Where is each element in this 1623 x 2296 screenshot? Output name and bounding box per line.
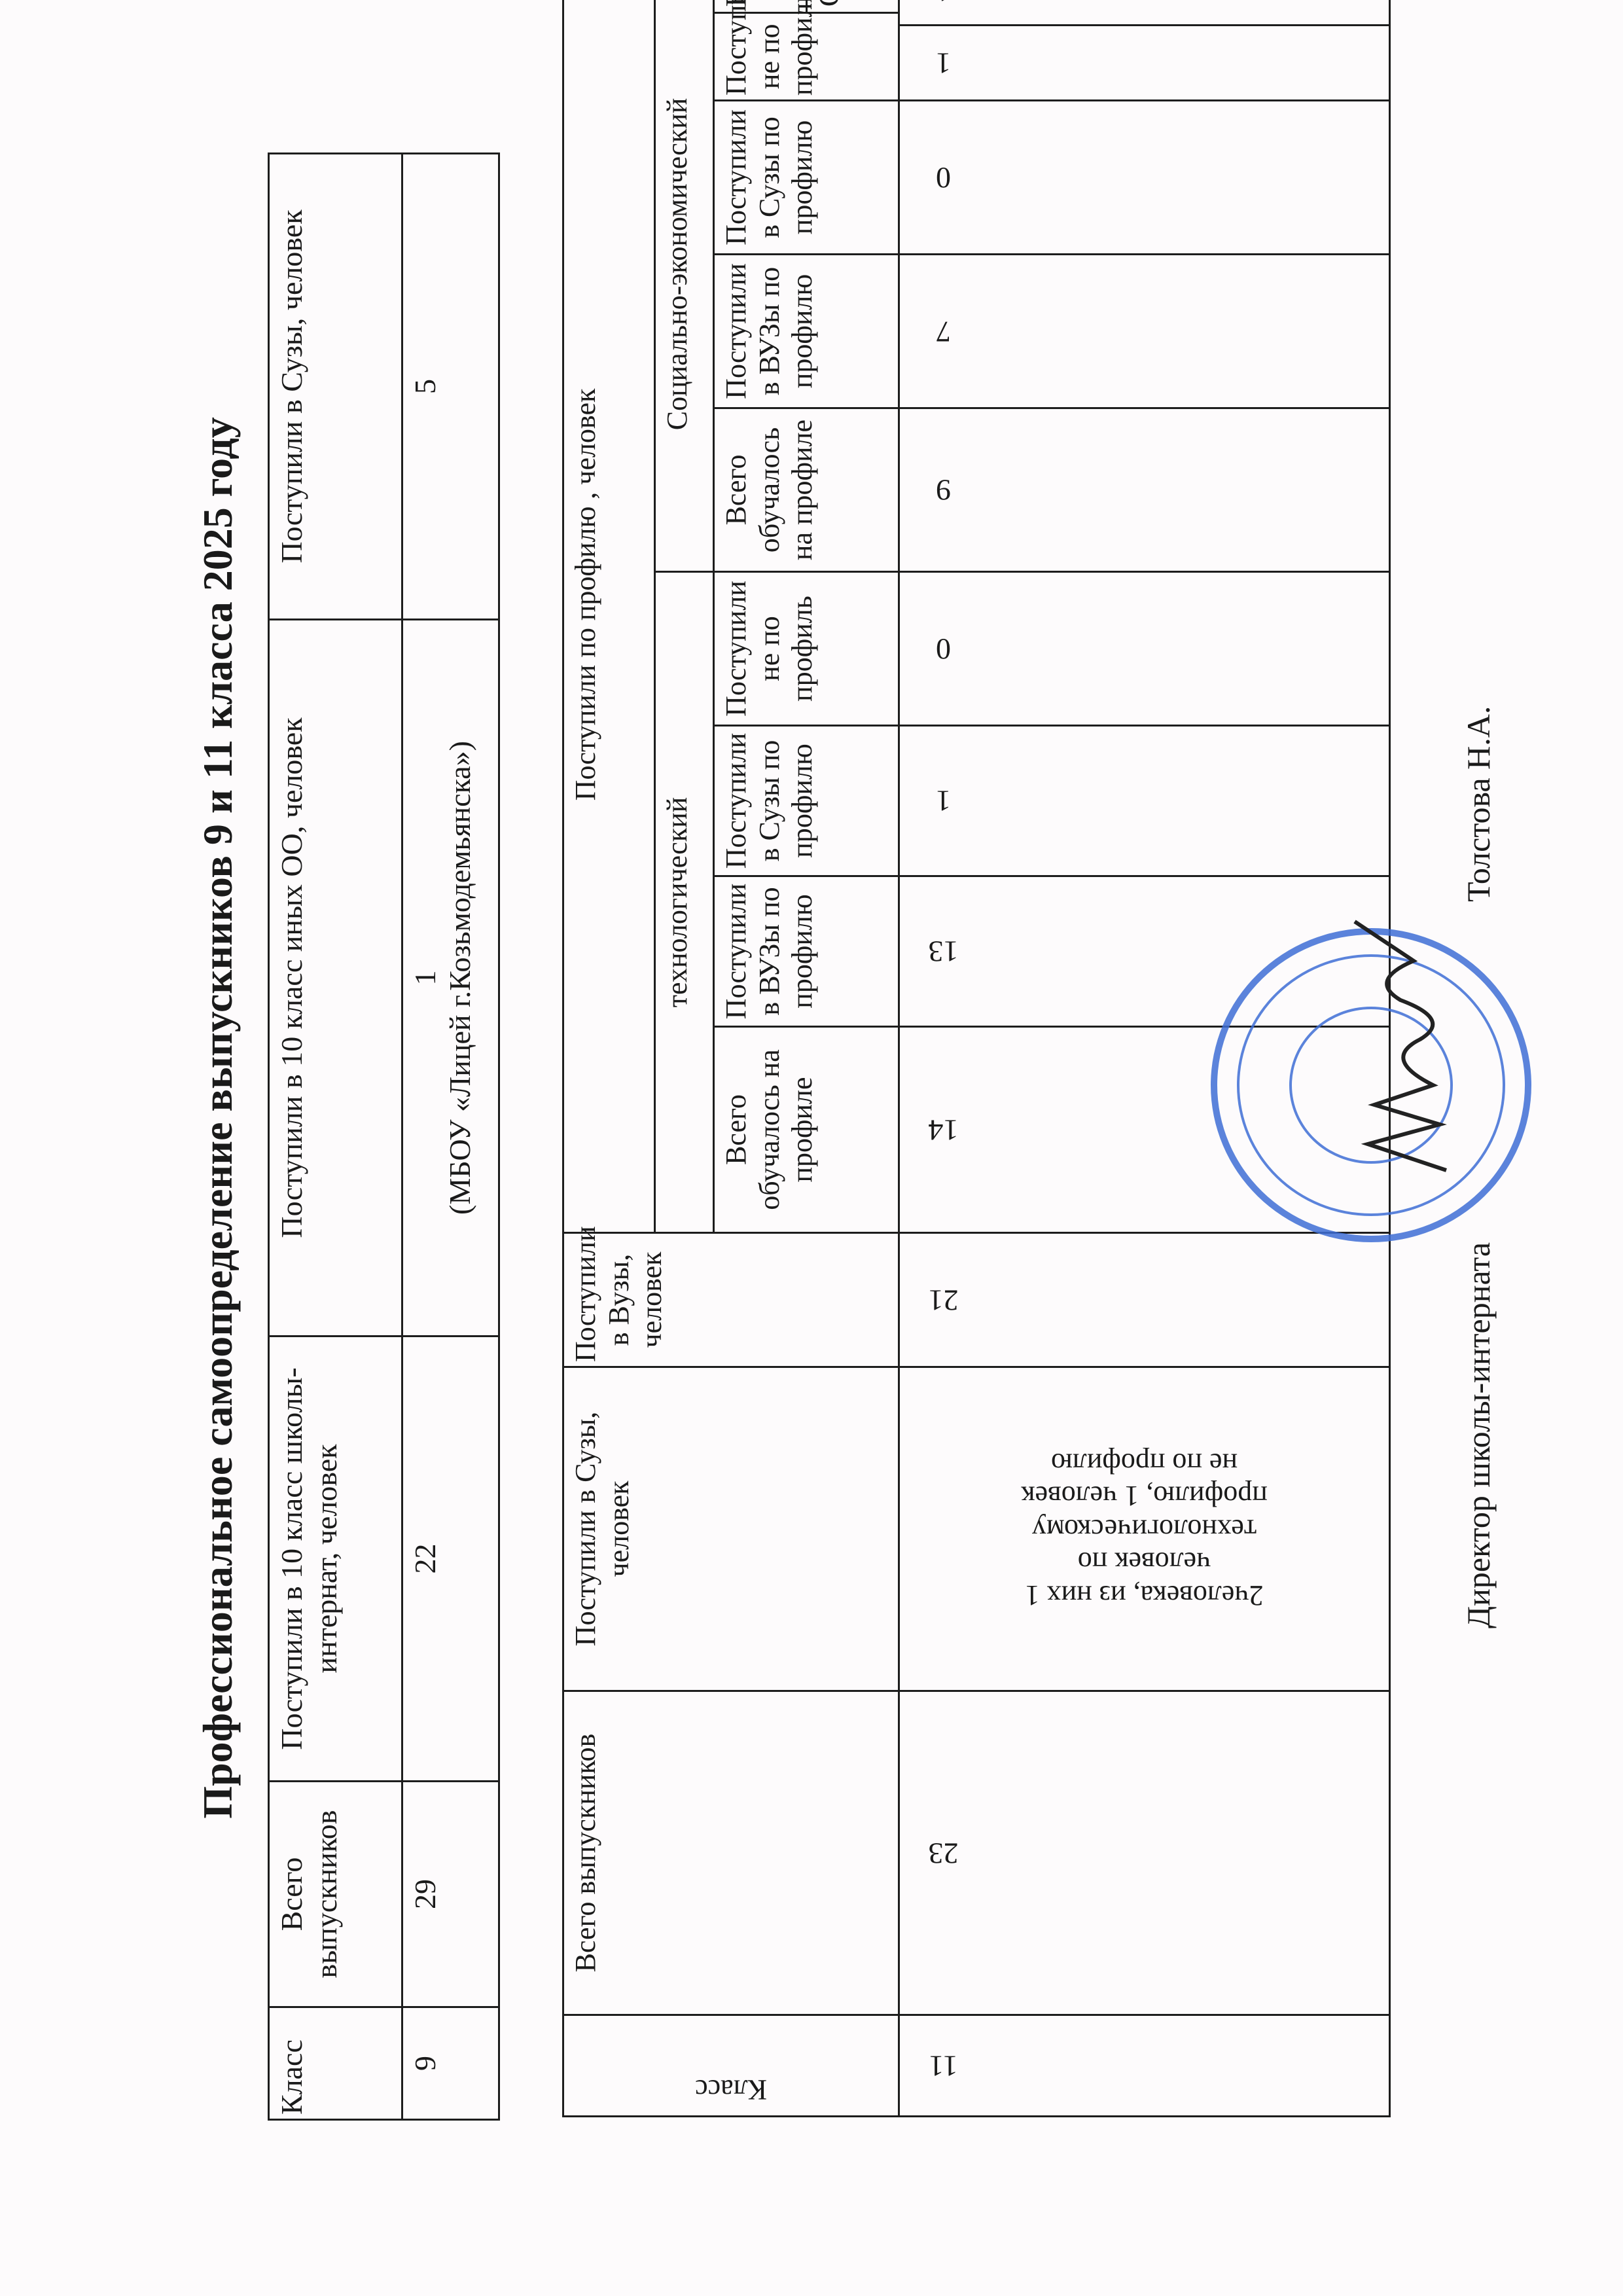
header-enrolled-vuz: Поступили в Вузы, человек: [563, 1233, 899, 1367]
enrolled-other-10-note: (МБОУ «Лицей г.Козьмодемьянска»): [443, 624, 478, 1331]
header-class: Класс: [269, 2007, 402, 2120]
signature-scribble-icon: [1342, 908, 1472, 1183]
cell-class-value: 11: [929, 2049, 957, 2083]
signature-line: Директор школы-интернатаТолстова Н.А.: [1459, 706, 1497, 1628]
document-sheet: Профессиональное самоопределение выпускн…: [0, 0, 1623, 2296]
header-total: Всего выпускников: [269, 1782, 402, 2007]
header-by-profile: Поступили по профилю , человек: [563, 0, 655, 1233]
cell-enrolled-own-10: 22: [402, 1336, 499, 1782]
cell-enrolled-suz: 5: [402, 154, 499, 620]
header-suz: Суз: [806, 0, 898, 12]
cell-enrolled-suz: 2человека, из них 1 человек по технологи…: [899, 1367, 1390, 1691]
grade11-header-row-1: Класс Всего выпускников Поступили в Сузы…: [563, 0, 655, 2117]
signature-position: Директор школы-интерната: [1460, 1242, 1497, 1628]
cell-socec-vuz-by-profile: 7: [899, 255, 1390, 408]
cell-socec-not-by-profile-vuz: 1: [899, 26, 1390, 101]
enrolled-other-10-count: 1: [408, 624, 443, 1331]
header-total: Всего выпускников: [563, 1691, 899, 2015]
signature-name: Толстова Н.А.: [1460, 706, 1497, 902]
table-row: 9 29 22 1 (МБОУ «Лицей г.Козьмодемьянска…: [402, 154, 499, 2120]
page-title: Профессиональное самоопределение выпускн…: [194, 136, 242, 2100]
header-profile-tech: технологический: [655, 572, 714, 1233]
header-class: Класс: [563, 2015, 899, 2117]
grade9-header-row: Класс Всего выпускников Поступили в 10 к…: [269, 154, 402, 2120]
cell-enrolled-vuz-value: 21: [928, 1283, 958, 1318]
header-socec-studied-total: Всего обучалось на профиле: [714, 408, 899, 572]
header-enrolled-own-10: Поступили в 10 класс школы-интернат, чел…: [269, 1336, 402, 1782]
cell-enrolled-other-10: 1 (МБОУ «Лицей г.Козьмодемьянска»): [402, 620, 499, 1336]
tech-not-by-profile-value: 0: [936, 632, 951, 666]
header-enrolled-other-10: Поступили в 10 класс иных ОО, человек: [269, 620, 402, 1336]
header-socec-suz-by-profile: Поступили в Сузы по профилю: [714, 101, 899, 255]
socec-not-by-profile-suz-value: 1: [936, 0, 951, 8]
header-profile-socec: Социально-экономический: [655, 0, 714, 572]
cell-class: 9: [402, 2007, 499, 2120]
cell-socec-studied-total: 9: [899, 408, 1390, 572]
socec-studied-total-value: 9: [936, 473, 951, 507]
socec-suz-by-profile-value: 0: [936, 160, 951, 195]
header-not-by-profile-label: Поступили не по профиль: [715, 12, 898, 99]
cell-socec-not-by-profile-suz: 1: [899, 0, 1390, 26]
grade9-table: Класс Всего выпускников Поступили в 10 к…: [268, 152, 500, 2121]
header-tech-not-by-profile: Поступили не по профиль: [714, 572, 899, 726]
cell-tech-suz-by-profile: 1: [899, 726, 1390, 876]
socec-vuz-by-profile-value: 7: [936, 314, 951, 349]
cell-total: 29: [402, 1782, 499, 2007]
header-socec-vuz-by-profile: Поступили в ВУЗы по профилю: [714, 255, 899, 408]
cell-enrolled-vuz: 21: [899, 1233, 1390, 1367]
socec-not-by-profile-vuz-value: 1: [936, 46, 951, 81]
cell-total: 23: [899, 1691, 1390, 2015]
header-socec-not-by-profile: Поступили не по профиль Вуз Суз: [714, 0, 899, 101]
header-class-label: Класс: [695, 2073, 767, 2106]
cell-socec-suz-by-profile: 0: [899, 101, 1390, 255]
not-by-profile-split: Поступили не по профиль Вуз Суз: [715, 0, 898, 99]
cell-total-value: 23: [928, 1836, 958, 1871]
cell-tech-not-by-profile: 0: [899, 572, 1390, 726]
header-enrolled-suz: Поступили в Сузы, человек: [563, 1367, 899, 1691]
header-tech-studied-total: Всего обучалось на профиле: [714, 1027, 899, 1233]
cell-enrolled-suz-value: 2человека, из них 1 человек по технологи…: [1007, 1446, 1282, 1612]
header-enrolled-suz: Поступили в Сузы, человек: [269, 154, 402, 620]
tech-studied-total-value: 14: [928, 1113, 958, 1147]
header-tech-suz-by-profile: Поступили в Сузы по профилю: [714, 726, 899, 876]
header-tech-vuz-by-profile: Поступили в ВУЗы по профилю: [714, 876, 899, 1027]
cell-class: 11: [899, 2015, 1390, 2117]
tech-vuz-by-profile-value: 13: [928, 934, 958, 969]
tech-suz-by-profile-value: 1: [936, 783, 951, 818]
